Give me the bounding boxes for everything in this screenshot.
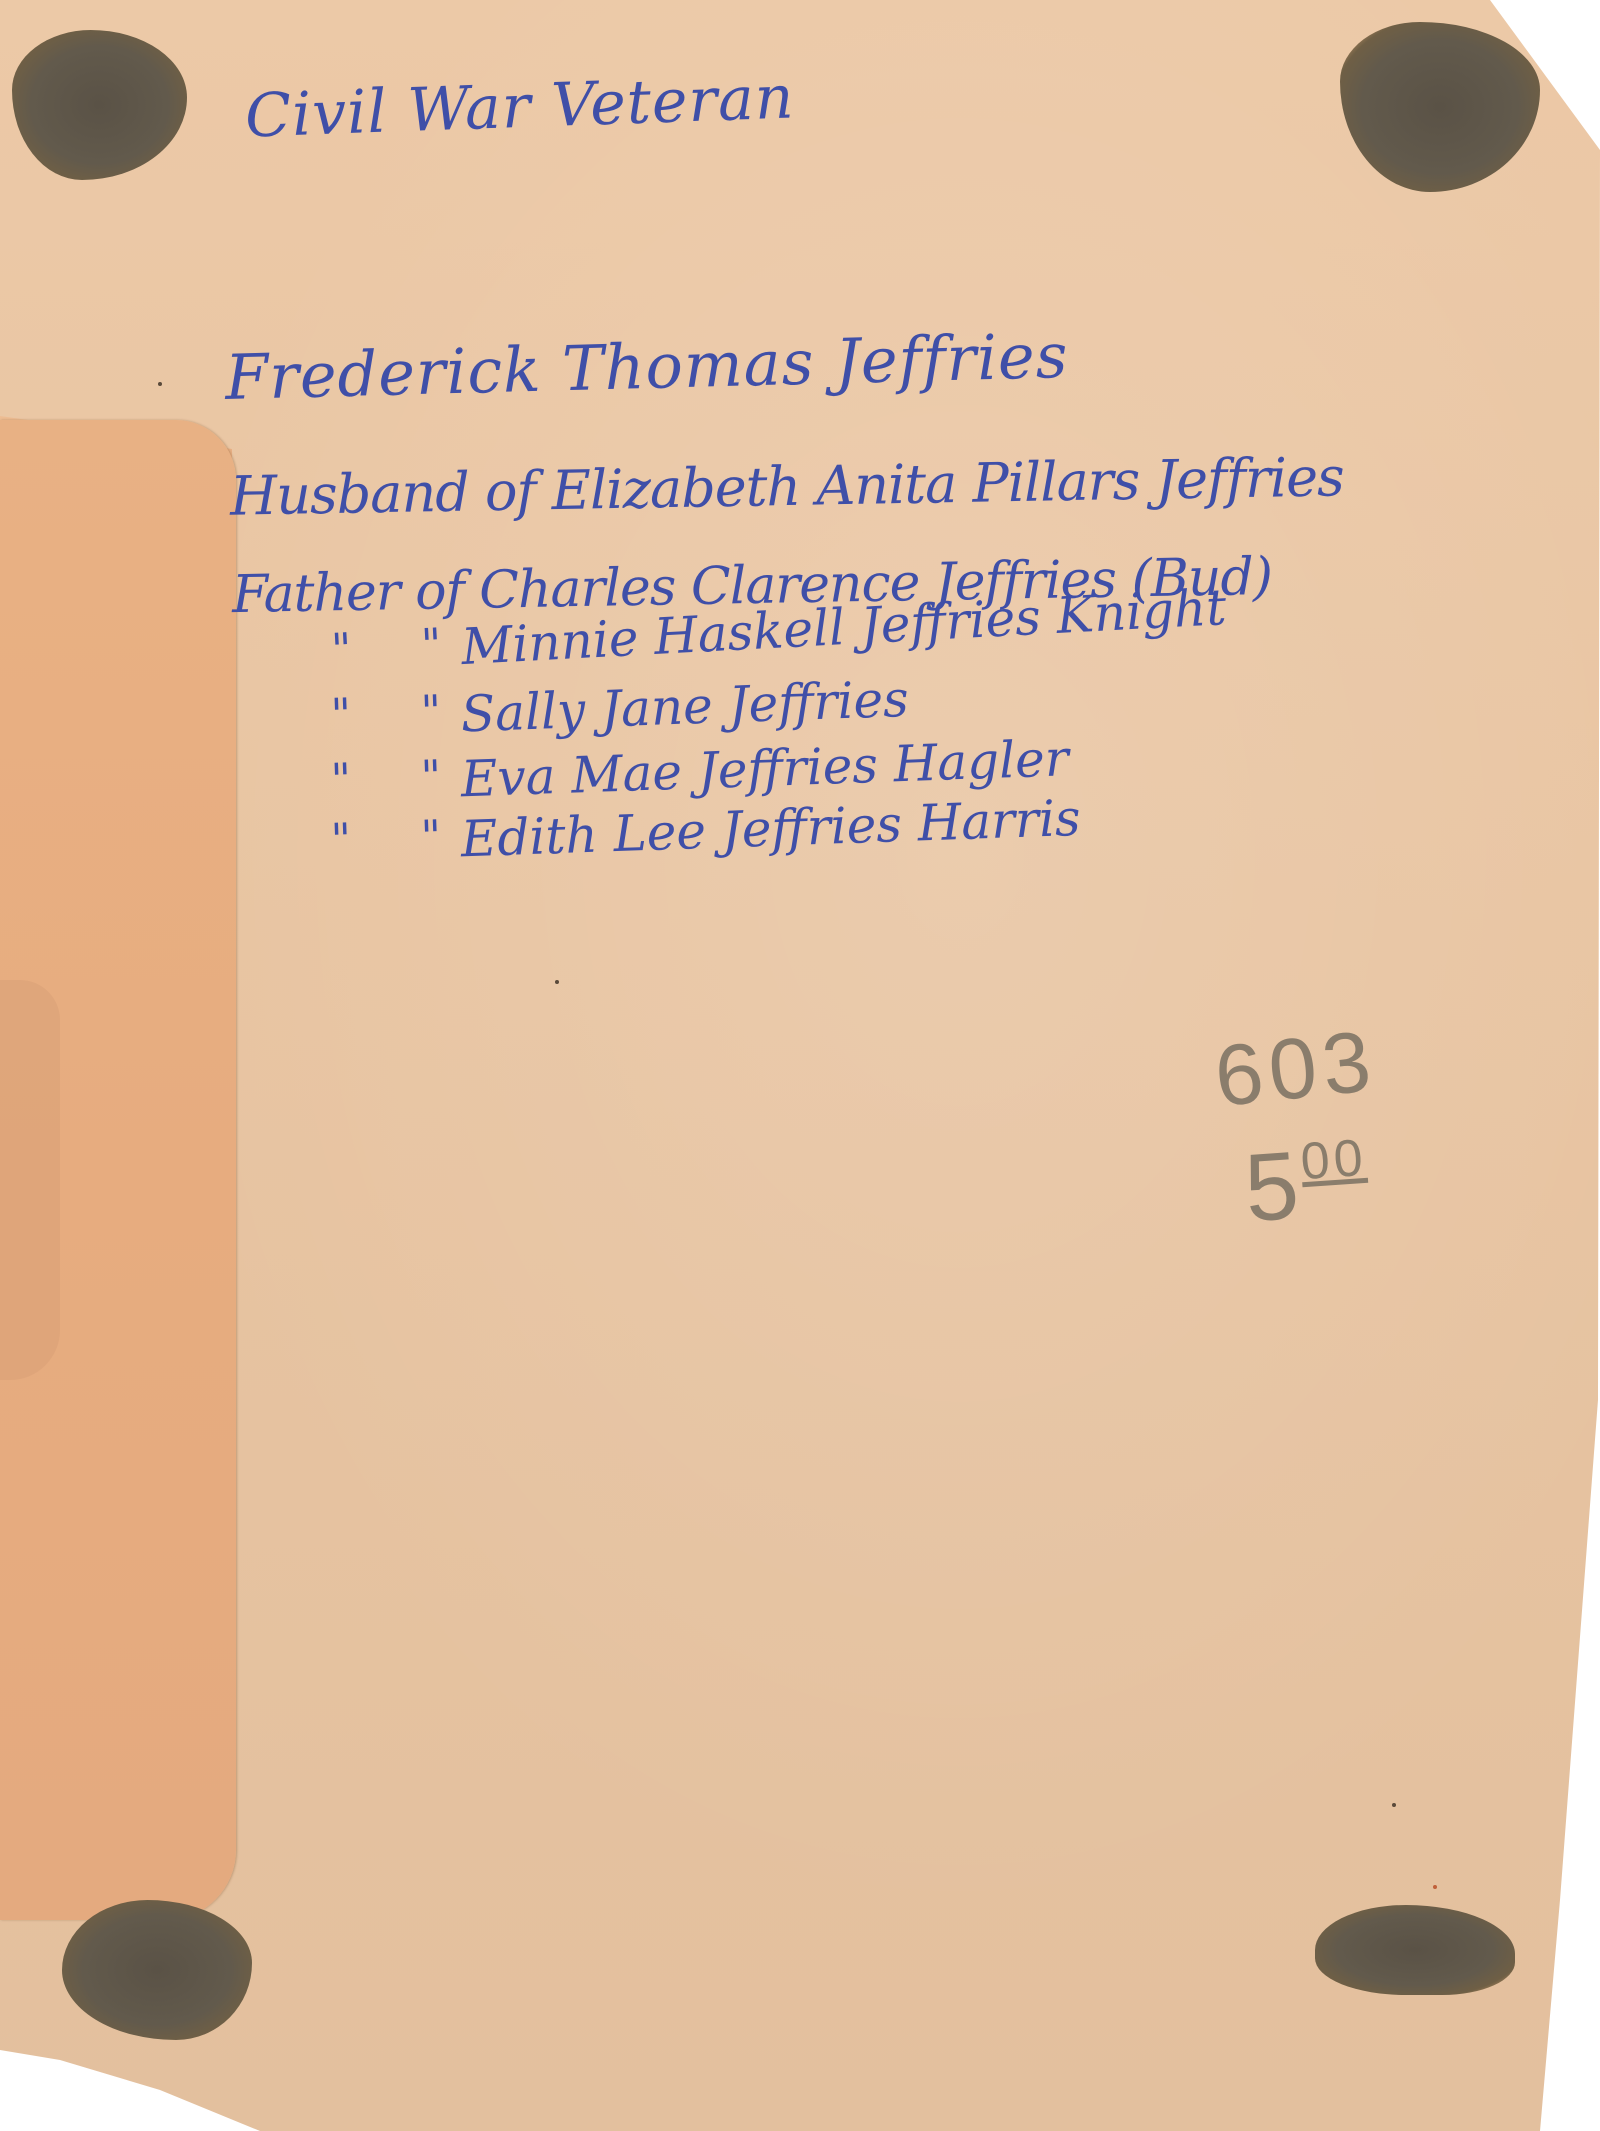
paper-speck xyxy=(158,382,162,386)
flap-torn-area xyxy=(0,980,60,1380)
pencil-note-price: 500 xyxy=(1241,1126,1372,1244)
paper-speck xyxy=(1433,1885,1437,1889)
ditto-mark: " xyxy=(420,811,442,863)
ditto-mark: " xyxy=(330,814,352,866)
price-cents: 00 xyxy=(1299,1129,1369,1191)
ditto-mark: " xyxy=(420,751,442,803)
ditto-mark: " xyxy=(330,689,352,741)
pencil-note-number: 603 xyxy=(1210,1012,1381,1127)
ditto-mark: " xyxy=(330,624,353,676)
ditto-mark: " xyxy=(330,754,352,806)
ditto-mark: " xyxy=(420,686,442,738)
price-dollars: 5 xyxy=(1241,1131,1306,1242)
paper-speck xyxy=(1392,1803,1396,1807)
ditto-mark: " xyxy=(420,619,443,671)
paper-speck xyxy=(555,980,559,984)
